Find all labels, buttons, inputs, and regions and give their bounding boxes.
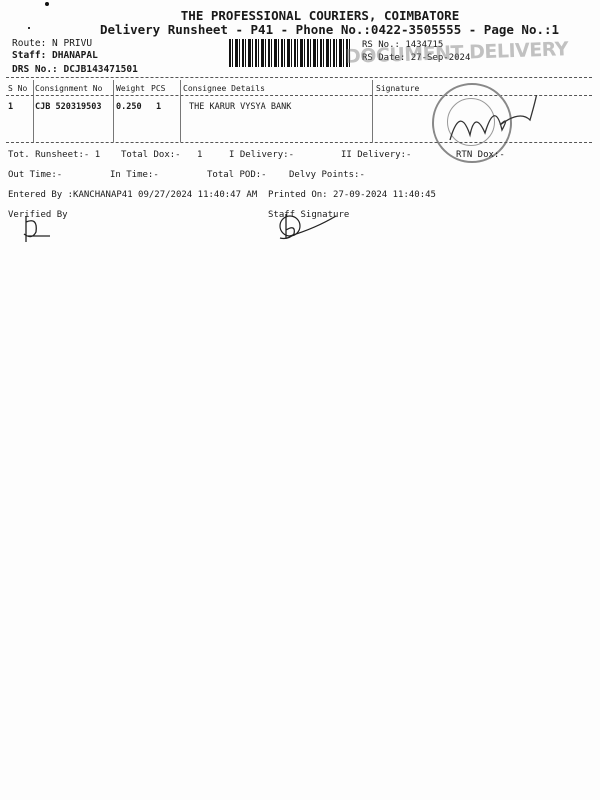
total-dox-label: Total Dox:- (121, 150, 181, 160)
staff-signature (276, 210, 346, 244)
rtn-dox: RTN Dox:- (456, 150, 505, 160)
runsheet-subtitle: Delivery Runsheet - P41 - Phone No.:0422… (100, 22, 559, 37)
delvy-points: Delvy Points:- (289, 170, 365, 180)
column-divider (180, 80, 181, 142)
out-time: Out Time:- (8, 170, 62, 180)
total-dox-value: 1 (197, 150, 202, 160)
col-pcs: PCS (151, 84, 165, 93)
col-consignment-no: Consignment No (35, 84, 102, 93)
receiver-signature (440, 95, 550, 155)
col-consignee: Consignee Details (183, 84, 265, 93)
in-time: In Time:- (110, 170, 159, 180)
col-signature: Signature (376, 84, 419, 93)
barcode (229, 39, 351, 67)
row-pcs: 1 (156, 102, 161, 112)
divider (6, 142, 592, 143)
row-consignment-no: CJB 520319503 (35, 102, 102, 112)
printed-on: Printed On: 27-09-2024 11:40:45 (268, 190, 436, 200)
total-pod: Total POD:- (207, 170, 267, 180)
divider (6, 77, 592, 78)
column-divider (113, 80, 114, 142)
company-title: THE PROFESSIONAL COURIERS, COIMBATORE (0, 8, 600, 23)
drs-number: DRS No.: DCJB143471501 (12, 64, 138, 75)
entered-by: Entered By :KANCHANAP41 09/27/2024 11:40… (8, 190, 257, 200)
i-delivery: I Delivery:- (229, 150, 294, 160)
tot-runsheet: Tot. Runsheet:- 1 (8, 150, 100, 160)
ii-delivery: II Delivery:- (341, 150, 411, 160)
col-sno: S No (8, 84, 27, 93)
column-divider (372, 80, 373, 142)
row-sno: 1 (8, 102, 13, 112)
verifier-signature (18, 212, 58, 248)
route-label: Route: N PRIVU (12, 38, 92, 49)
column-divider (33, 80, 34, 142)
scan-mark (45, 2, 49, 6)
col-weight: Weight (116, 84, 145, 93)
scan-mark (28, 27, 30, 29)
row-consignee: THE KARUR VYSYA BANK (189, 102, 291, 112)
row-weight: 0.250 (116, 102, 142, 112)
staff-label: Staff: DHANAPAL (12, 50, 98, 61)
